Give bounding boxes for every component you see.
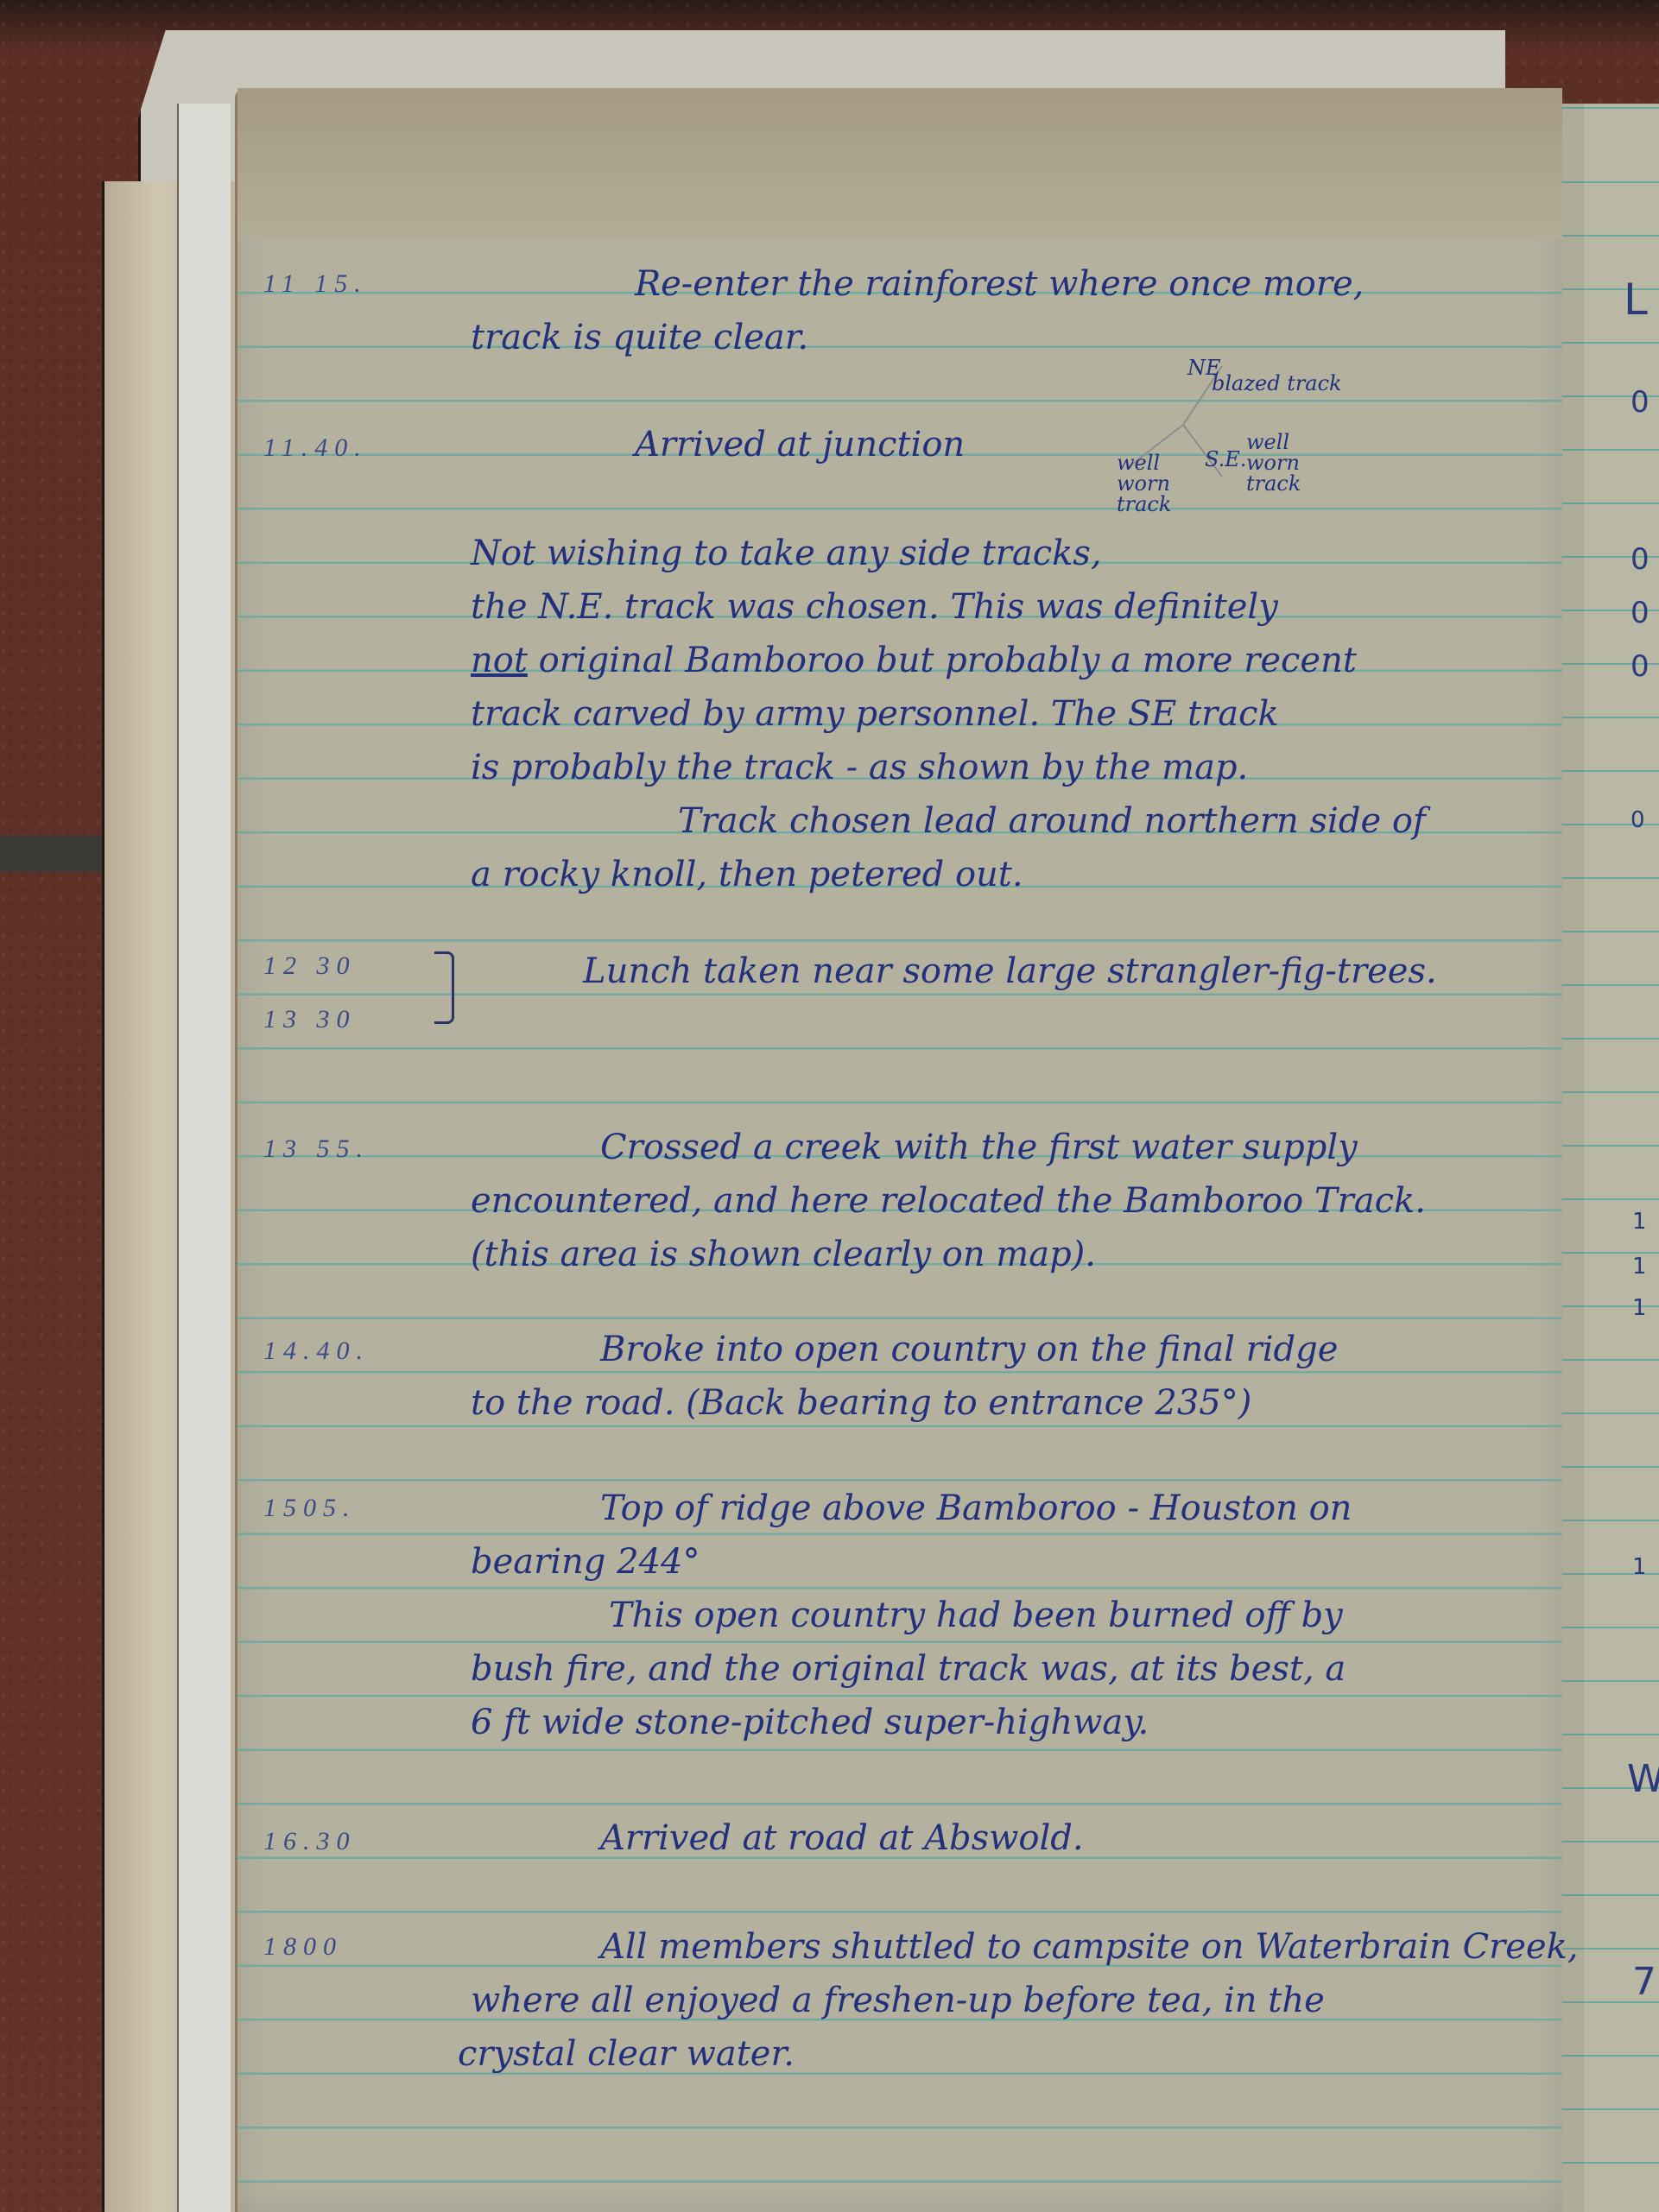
entry-line-underlined: not original Bamboroo but probably a mor…: [471, 634, 1357, 687]
entry-line: Re-enter the rainforest where once more,: [635, 257, 1364, 311]
floor-tile-band: [0, 836, 117, 872]
entry-line: track carved by army personnel. The SE t…: [471, 687, 1279, 741]
facing-page-fold: [1560, 104, 1584, 2212]
entry-time: 12 30: [263, 951, 357, 981]
entry-line: the N.E. track was chosen. This was defi…: [471, 580, 1278, 634]
entry-time: 16.30: [263, 1827, 357, 1856]
entry-line: encountered, and here relocated the Bamb…: [471, 1174, 1426, 1228]
entry-line: crystal clear water.: [458, 2027, 795, 2081]
entry-line: track is quite clear.: [471, 311, 808, 364]
facing-page-fragment: 1: [1632, 1554, 1647, 1580]
entry-line: Arrived at road at Abswold.: [600, 1811, 1084, 1865]
diagram-se-label: S.E.: [1205, 449, 1246, 470]
entry-line: Top of ridge above Bamboroo - Houston on: [600, 1482, 1352, 1535]
entry-line: This open country had been burned off by: [609, 1589, 1343, 1642]
entry-line: bearing 244°: [471, 1535, 700, 1589]
entry-line: is probably the track - as shown by the …: [471, 741, 1248, 794]
entry-line: Track chosen lead around northern side o…: [678, 794, 1426, 848]
entry-line: to the road. (Back bearing to entrance 2…: [471, 1376, 1251, 1430]
entry-line: Arrived at junction: [635, 418, 965, 471]
time-range-bracket: [434, 951, 454, 1024]
entry-line: Crossed a creek with the first water sup…: [600, 1121, 1358, 1174]
white-page-edge: [177, 104, 231, 2212]
facing-page-fragment: W: [1627, 1757, 1659, 1801]
facing-page-fragment: 1: [1632, 1295, 1647, 1321]
facing-page-fragment: 1: [1632, 1254, 1647, 1280]
facing-page-fragment: 0: [1631, 649, 1650, 684]
diagram-se-track: well worn track: [1246, 432, 1341, 494]
entry-time: 14.40.: [263, 1337, 370, 1366]
facing-page-fragment: L: [1624, 275, 1648, 325]
entry-time: 13 55.: [263, 1134, 370, 1164]
entry-time: 1800: [263, 1932, 343, 1962]
diagram-ne-track: blazed track: [1212, 373, 1342, 394]
entry-line: (this area is shown clearly on map).: [471, 1228, 1096, 1281]
entry-line: where all enjoyed a freshen-up before te…: [471, 1974, 1325, 2027]
facing-page-fragment: 0: [1631, 807, 1645, 833]
facing-page-fragment: 0: [1631, 385, 1650, 420]
facing-page-fragment: 7: [1632, 1960, 1656, 2004]
entry-time: 1505.: [263, 1494, 357, 1523]
diagram-sw-track: well worn track: [1117, 452, 1168, 515]
underlined-word: not: [471, 641, 528, 680]
entry-time-end: 13 30: [263, 1005, 357, 1034]
entry-line: All members shuttled to campsite on Wate…: [600, 1920, 1579, 1974]
entry-line: a rocky knoll, then petered out.: [471, 848, 1023, 901]
facing-page-fragment: 1: [1632, 1209, 1647, 1235]
entry-time: 11 15.: [263, 269, 368, 299]
journal-page: 11 15. Re-enter the rainforest where onc…: [235, 88, 1562, 2212]
entry-line: Lunch taken near some large strangler-fi…: [583, 945, 1437, 998]
entry-time: 11.40.: [263, 433, 368, 463]
entry-line: 6 ft wide stone-pitched super-highway.: [471, 1696, 1149, 1749]
junction-diagram: NE blazed track S.E. well worn track wel…: [1101, 347, 1360, 520]
facing-page-fragment: 0: [1631, 596, 1650, 630]
facing-page-fragment: 0: [1631, 542, 1650, 577]
page-header-band: [237, 88, 1562, 240]
entry-line: Not wishing to take any side tracks,: [471, 527, 1102, 580]
entry-line: bush fire, and the original track was, a…: [471, 1642, 1346, 1696]
entry-line: Broke into open country on the final rid…: [600, 1323, 1338, 1376]
